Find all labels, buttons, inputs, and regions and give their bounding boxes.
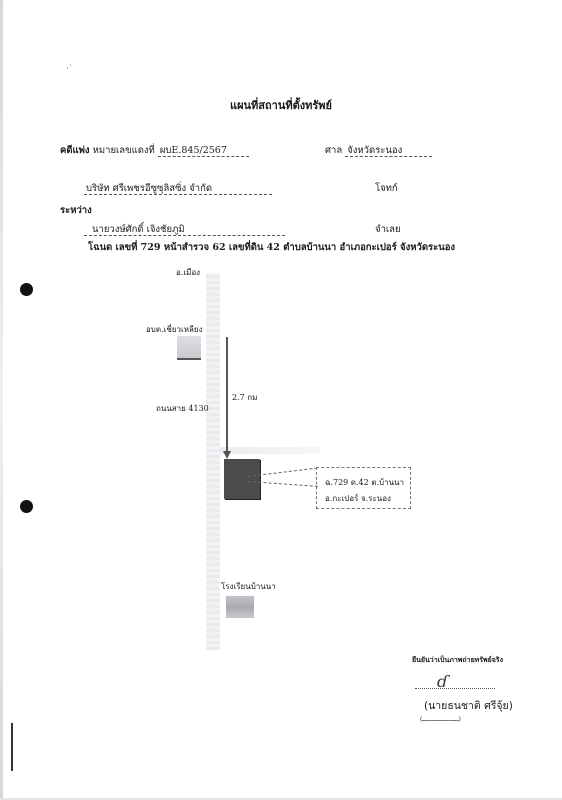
property-plot bbox=[224, 459, 260, 499]
court-line: ศาล จังหวัดระนอง bbox=[325, 143, 432, 158]
plaintiff-name: บริษัท ศรีเพชรอีซูซุลิสซิ่ง จำกัด bbox=[84, 183, 272, 195]
red-case-label: หมายเลขแดงที่ bbox=[93, 145, 155, 156]
scan-mark bbox=[11, 723, 13, 771]
callout-line2: อ.กะเปอร์ จ.ระนอง bbox=[325, 492, 391, 505]
case-line: คดีแพ่ง หมายเลขแดงที่ ผบE.845/2567 bbox=[60, 143, 249, 158]
signer-name: (นายธนชาติ ศรีจุ้ย) bbox=[424, 697, 513, 714]
building-icon bbox=[177, 336, 201, 360]
arrow-down-icon bbox=[223, 451, 231, 459]
road-horizontal bbox=[220, 447, 320, 454]
punch-hole bbox=[20, 500, 33, 513]
distance-label: 2.7 กม bbox=[232, 391, 257, 404]
court-label: ศาล bbox=[325, 145, 342, 156]
callout-line1: ฉ.729 ด.42 ต.บ้านนา bbox=[325, 476, 404, 489]
plaintiff-field: บริษัท ศรีเพชรอีซูซุลิสซิ่ง จำกัด bbox=[84, 181, 272, 196]
north-label: อ.เมือง bbox=[176, 266, 200, 279]
scan-specks: ·˙ bbox=[66, 64, 73, 73]
blank-name-line: (.......................................… bbox=[420, 716, 460, 723]
court-name: จังหวัดระนอง bbox=[345, 145, 432, 157]
deed-line: โฉนด เลขที่ 729 หน้าสำรวจ 62 เลขที่ดิน 4… bbox=[88, 240, 455, 255]
defendant-label: จำเลย bbox=[375, 222, 401, 237]
property-callout: ฉ.729 ด.42 ต.บ้านนา อ.กะเปอร์ จ.ระนอง bbox=[316, 467, 411, 509]
between-label: ระหว่าง bbox=[60, 203, 92, 218]
scan-left-edge bbox=[0, 0, 3, 800]
school-building-icon bbox=[226, 596, 254, 618]
certification-statement: ยืนยันว่าเป็นภาพถ่ายทรัพย์จริง bbox=[412, 655, 503, 666]
defendant-field: นายวงษ์ศักดิ์ เจิงชัยภูมิ bbox=[84, 222, 285, 237]
punch-hole bbox=[20, 283, 33, 296]
page-title: แผนที่สถานที่ตั้งทรัพย์ bbox=[0, 96, 562, 114]
road-label: ถนนสาย 4130 bbox=[156, 402, 209, 415]
landmark-bottom-label: โรงเรียนบ้านนา bbox=[221, 580, 276, 593]
signature-line bbox=[415, 688, 495, 689]
case-label: คดีแพ่ง bbox=[60, 145, 90, 156]
red-case-number: ผบE.845/2567 bbox=[158, 145, 249, 157]
distance-arrow-line bbox=[226, 337, 228, 455]
landmark-top-label: อบต.เชี่ยวเหลียง bbox=[146, 323, 202, 336]
plaintiff-label: โจทก์ bbox=[375, 181, 398, 196]
defendant-name: นายวงษ์ศักดิ์ เจิงชัยภูมิ bbox=[84, 224, 285, 236]
road-vertical bbox=[206, 273, 220, 650]
